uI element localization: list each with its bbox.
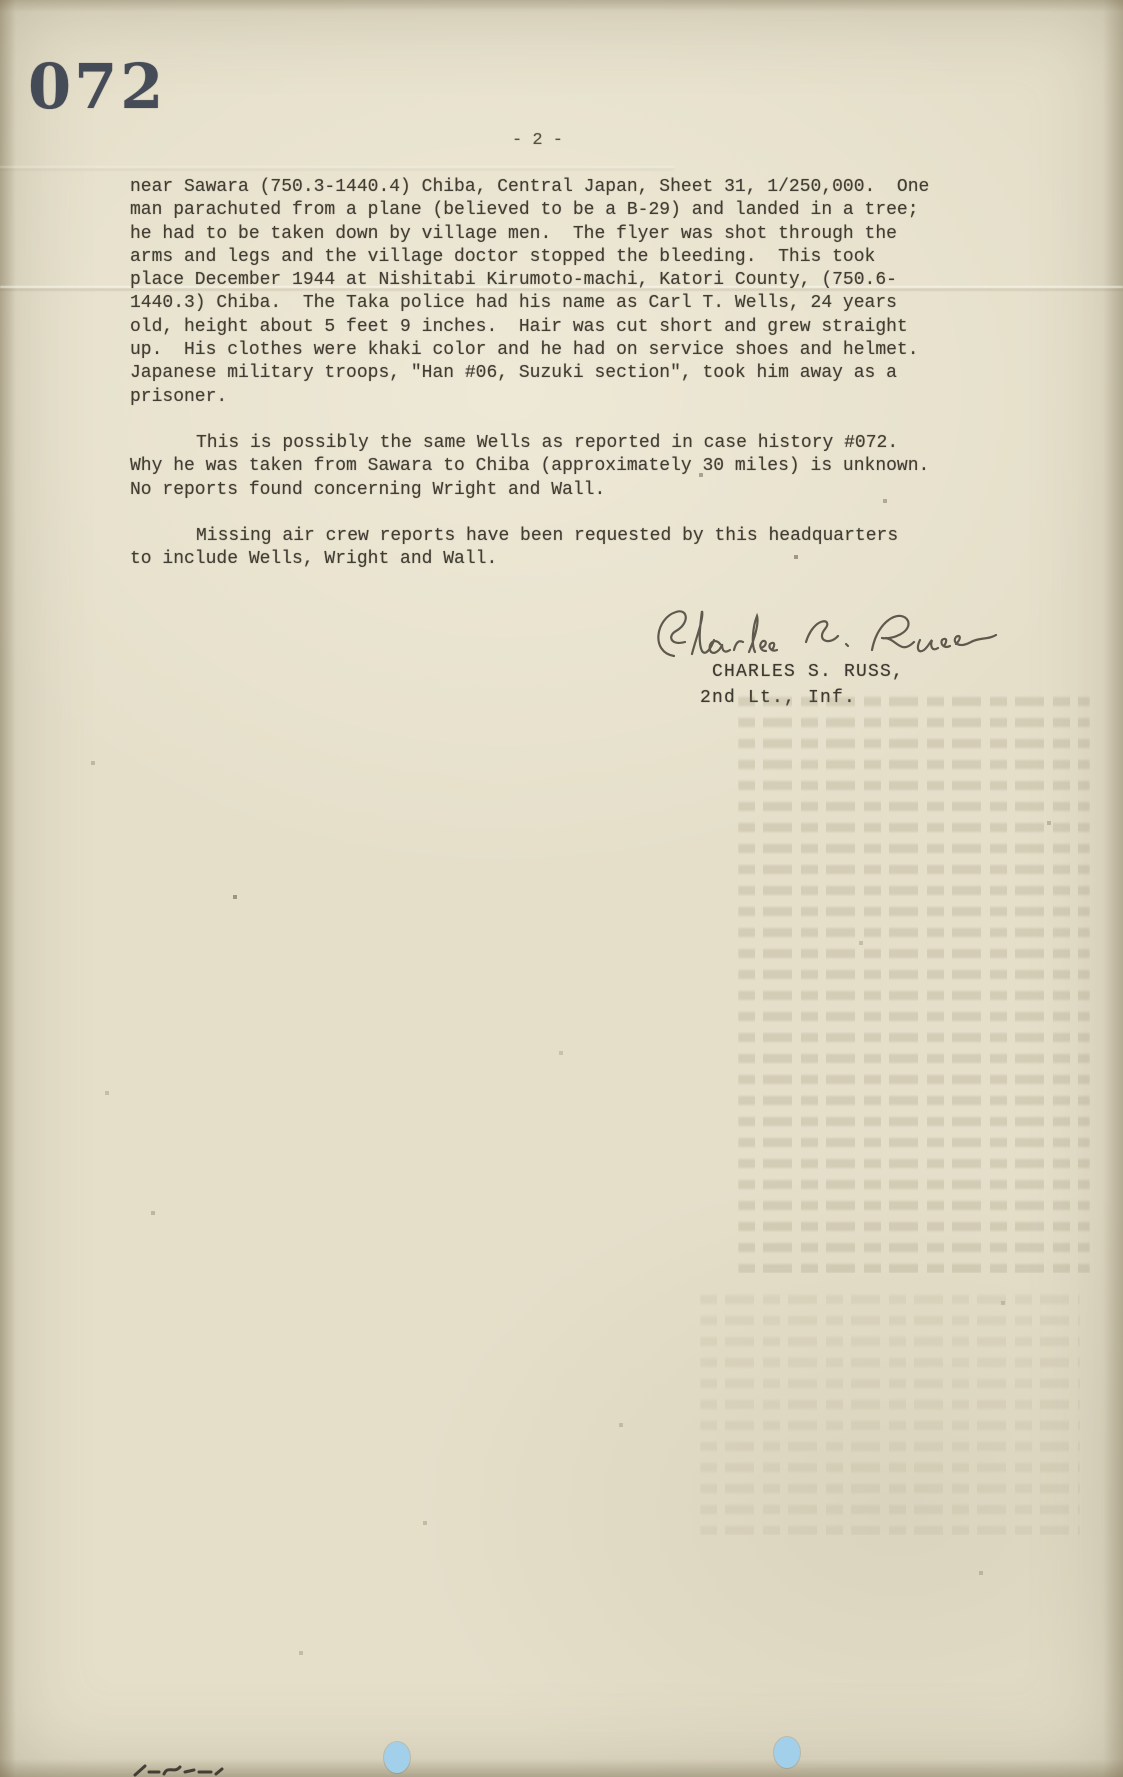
typed-signature-rank: 2nd Lt., Inf.: [700, 688, 856, 708]
body-line: Why he was taken from Sawara to Chiba (a…: [130, 455, 960, 478]
body-line: place December 1944 at Nishitabi Kirumot…: [130, 269, 960, 292]
fold-crease: [0, 166, 674, 171]
body-line: No reports found concerning Wright and W…: [130, 479, 960, 502]
body-line: prisoner.: [130, 386, 960, 409]
cut-off-writing-mark: [132, 1760, 262, 1777]
page-number: - 2 -: [512, 131, 563, 150]
body-line: Missing air crew reports have been reque…: [130, 525, 960, 548]
ink-bleed-through: [738, 688, 1090, 1273]
body-line: to include Wells, Wright and Wall.: [130, 548, 960, 571]
paper-specks: [0, 0, 2, 2]
body-line: he had to be taken down by village men. …: [130, 223, 960, 246]
paragraph-missing-crew-reports: Missing air crew reports have been reque…: [130, 525, 960, 572]
body-line: near Sawara (750.3-1440.4) Chiba, Centra…: [130, 176, 960, 199]
paragraph-case-cross-reference: This is possibly the same Wells as repor…: [130, 432, 960, 502]
ink-bleed-through: [700, 1285, 1080, 1535]
page-edge-shadow-right: [1103, 0, 1123, 1777]
body-line: arms and legs and the village doctor sto…: [130, 246, 960, 269]
body-line: old, height about 5 feet 9 inches. Hair …: [130, 316, 960, 339]
body-line: Japanese military troops, "Han #06, Suzu…: [130, 362, 960, 385]
body-line: up. His clothes were khaki color and he …: [130, 339, 960, 362]
hole-punch-dot: [384, 1742, 410, 1773]
body-line: 1440.3) Chiba. The Taka police had his n…: [130, 292, 960, 315]
page-edge-shadow-left: [0, 0, 16, 1777]
page-edge-shadow-top: [0, 0, 1123, 12]
paragraph-report-details: near Sawara (750.3-1440.4) Chiba, Centra…: [130, 176, 960, 409]
body-line: man parachuted from a plane (believed to…: [130, 199, 960, 222]
typed-signature-name: CHARLES S. RUSS,: [712, 662, 904, 682]
case-number-stamp: 072: [28, 56, 166, 118]
body-line: This is possibly the same Wells as repor…: [130, 432, 960, 455]
scanned-document-page: 072 - 2 - near Sawara (750.3-1440.4) Chi…: [0, 0, 1123, 1777]
hole-punch-dot: [774, 1737, 800, 1768]
